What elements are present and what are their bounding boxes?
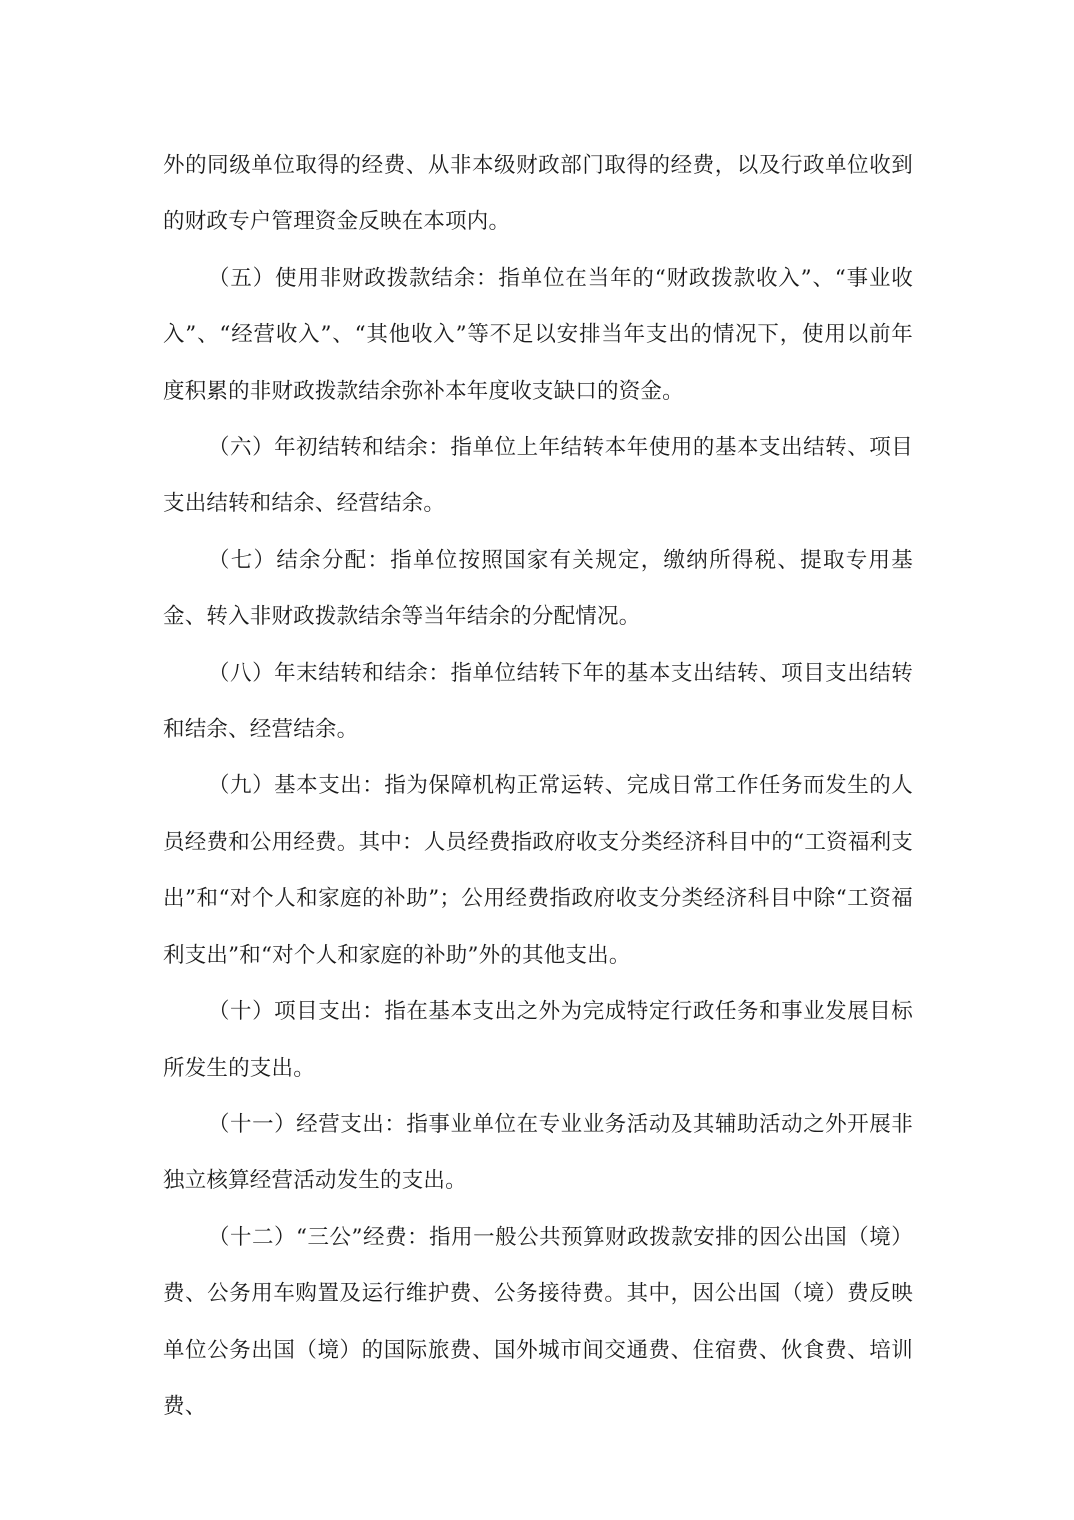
paragraph-continuation: 外的同级单位取得的经费、从非本级财政部门取得的经费，以及行政单位收到的财政专户管…: [163, 138, 913, 251]
paragraph-item-10-project-expenditure: （十）项目支出：指在基本支出之外为完成特定行政任务和事业发展目标所发生的支出。: [163, 984, 913, 1097]
paragraph-item-12-three-public-expenses: （十二）“三公”经费：指用一般公共预算财政拨款安排的因公出国（境）费、公务用车购…: [163, 1210, 913, 1436]
paragraph-item-8-closing-carryover: （八）年末结转和结余：指单位结转下年的基本支出结转、项目支出结转和结余、经营结余…: [163, 646, 913, 759]
paragraph-item-9-basic-expenditure: （九）基本支出：指为保障机构正常运转、完成日常工作任务而发生的人员经费和公用经费…: [163, 758, 913, 984]
paragraph-item-5-non-fiscal-surplus: （五）使用非财政拨款结余：指单位在当年的“财政拨款收入”、“事业收入”、“经营收…: [163, 251, 913, 420]
paragraph-item-11-operating-expenditure: （十一）经营支出：指事业单位在专业业务活动及其辅助活动之外开展非独立核算经营活动…: [163, 1097, 913, 1210]
document-page: 外的同级单位取得的经费、从非本级财政部门取得的经费，以及行政单位收到的财政专户管…: [163, 138, 913, 1435]
paragraph-item-7-surplus-distribution: （七）结余分配：指单位按照国家有关规定，缴纳所得税、提取专用基金、转入非财政拨款…: [163, 533, 913, 646]
paragraph-item-6-opening-carryover: （六）年初结转和结余：指单位上年结转本年使用的基本支出结转、项目支出结转和结余、…: [163, 420, 913, 533]
